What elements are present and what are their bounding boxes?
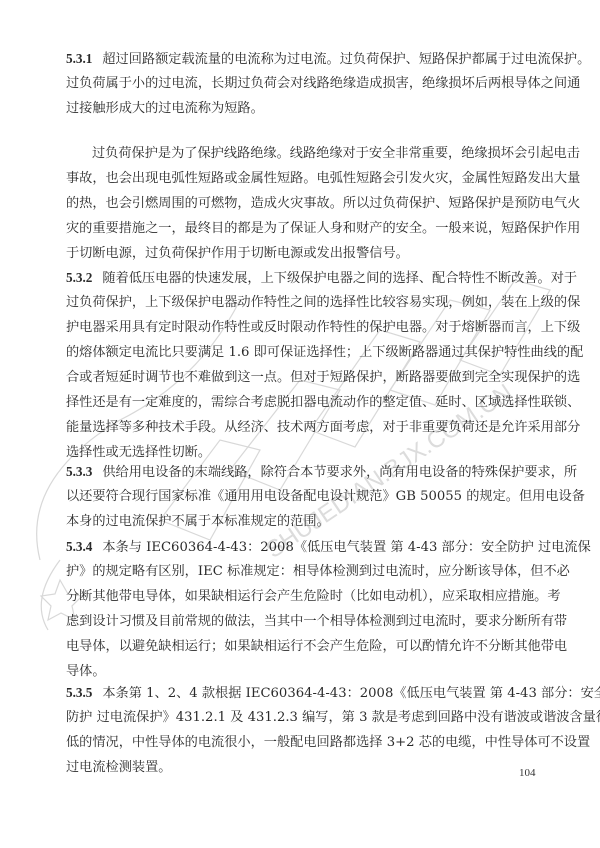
section-number: 5.3.5 xyxy=(66,685,92,700)
text-line: 过负荷保护是为了保护线路绝缘。线路绝缘对于安全非常重要，绝缘损坏会引起电击 xyxy=(92,144,540,163)
text-line: 分断其他带电导体，如果缺相运行会产生危险时（比如电动机），应采取相应措施。考 xyxy=(66,587,540,606)
document-page: SHUJEDIAN.BJX.COM.CN 5.3.1超过回路额定载流量的电流称为… xyxy=(0,0,600,848)
text-line: 于切断电源，过负荷保护作用于切断电源或发出报警信号。 xyxy=(66,244,540,263)
text-line: 择性还是有一定难度的，需综合考虑脱扣器电流动作的整定值、延时、区域选择性联锁、 xyxy=(66,393,540,412)
text-line: 能量选择等多种技术手段。从经济、技术两方面考虑，对于非重要负荷还是允许采用部分 xyxy=(66,418,540,437)
text-line: 过负荷保护，上下级保护电器动作特性之间的选择性比较容易实现，例如，装在上级的保 xyxy=(66,293,540,312)
text-line: 灾的重要措施之一，最终目的都是为了保证人身和财产的安全。一般来说，短路保护作用 xyxy=(66,219,540,238)
text-line: 5.3.4本条与 IEC60364-4-43：2008《低压电气装置 第 4-4… xyxy=(66,537,540,557)
section-number: 5.3.4 xyxy=(66,539,92,554)
text-line: 的熔体额定电流比只要满足 1.6 即可保证选择性；上下级断路器通过其保护特性曲线… xyxy=(66,343,540,362)
section-number: 5.3.3 xyxy=(66,464,92,479)
text-line: 过负荷属于小的过电流，长期过负荷会对线路绝缘造成损害，绝缘损坏后两根导体之间通 xyxy=(66,74,540,93)
text-line: 电导体，以避免缺相运行；如果缺相运行不会产生危险，可以酌情允许不分断其他带电 xyxy=(66,637,540,656)
text-line: 护》的规定略有区别，IEC 标准规定：相导体检测到过电流时，应分断该导体，但不必 xyxy=(66,562,540,581)
text-line: 选择性或无选择性切断。 xyxy=(66,443,540,462)
section-number: 5.3.1 xyxy=(66,51,92,66)
text-line: 防护 过电流保护》431.2.1 及 431.2.3 编写，第 3 款是考虑到回… xyxy=(66,708,540,727)
text-line: 虑到设计习惯及目前常规的做法，当其中一个相导体检测到过电流时，要求分断所有带 xyxy=(66,612,540,631)
text-line: 的热，也会引燃周围的可燃物，造成火灾事故。所以过负荷保护、短路保护是预防电气火 xyxy=(66,194,540,213)
text-line: 5.3.5本条第 1、2、4 款根据 IEC60364-4-43：2008《低压… xyxy=(66,683,540,703)
text-line: 护电器采用具有定时限动作特性或反时限动作特性的保护电器。对于熔断器而言，上下级 xyxy=(66,318,540,337)
text-line: 事故，也会出现电弧性短路或金属性短路。电弧性短路会引发火灾，金属性短路发出大量 xyxy=(66,169,540,188)
text-line: 以还要符合现行国家标准《通用用电设备配电设计规范》GB 50055 的规定。但用… xyxy=(66,487,540,506)
section-number: 5.3.2 xyxy=(66,270,92,285)
text-line: 5.3.1超过回路额定载流量的电流称为过电流。过负荷保护、短路保护都属于过电流保… xyxy=(66,49,540,69)
text-line: 低的情况，中性导体的电流很小，一般配电回路都选择 3+2 芯的电缆，中性导体可不… xyxy=(66,733,540,752)
text-line: 合或者短延时调节也不难做到这一点。但对于短路保护，断路器要做到完全实现保护的选 xyxy=(66,368,540,387)
page-number: 104 xyxy=(519,767,536,779)
text-line: 5.3.2随着低压电器的快速发展，上下级保护电器之间的选择、配合特性不断改善。对… xyxy=(66,268,540,288)
text-line: 导体。 xyxy=(66,662,540,681)
text-line: 本身的过电流保护不属于本标准规定的范围。 xyxy=(66,512,540,531)
text-line: 5.3.3供给用电设备的末端线路，除符合本节要求外，尚有用电设备的特殊保护要求，… xyxy=(66,462,540,482)
text-line: 过接触形成大的过电流称为短路。 xyxy=(66,99,540,118)
text-line: 过电流检测装置。 xyxy=(66,758,540,777)
